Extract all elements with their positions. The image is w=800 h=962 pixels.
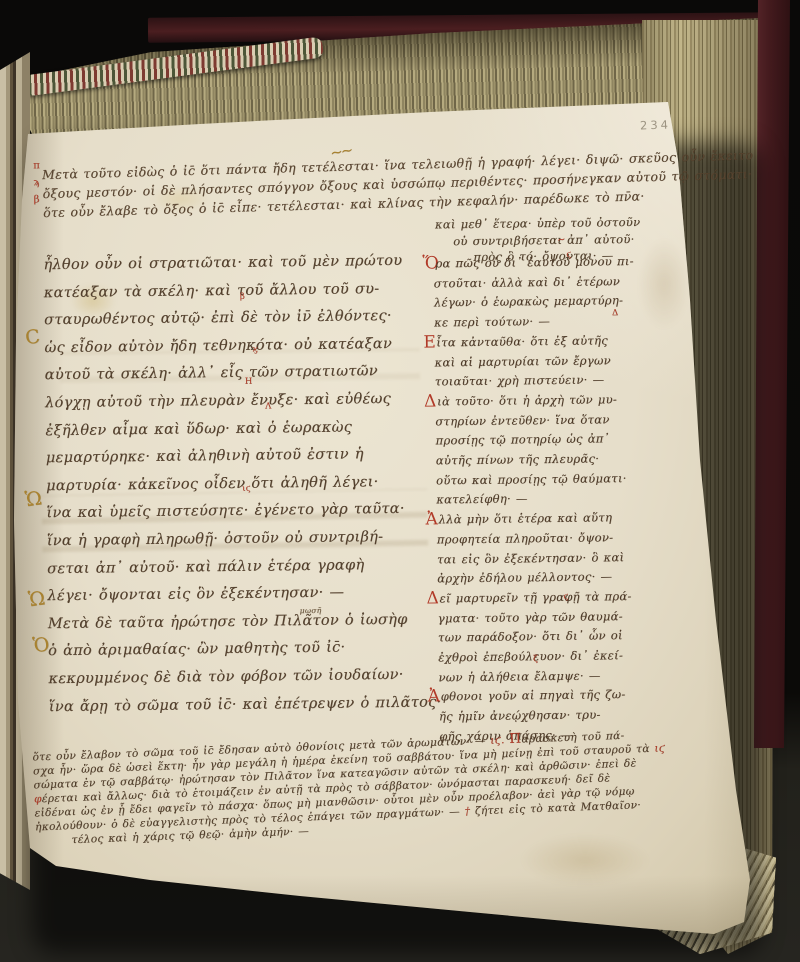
rubric-mark: ιϛ — [242, 484, 251, 494]
rubric-mark: ϗ — [252, 345, 258, 355]
commentary-column: Ὅ ρα πῶς οὐ δι᾽ ἑαυτοῦ μόνου πι- στοῦται… — [433, 252, 679, 747]
commentary-paragraph: Ε ἶτα κἀνταῦθα· ὅτι ἐξ αὐτῆς καὶ αἱ μαρτ… — [434, 330, 675, 392]
text-line: κεκρυμμένος δὲ διὰ τὸν φόβον τῶν ἰουδαίω… — [48, 661, 446, 693]
text-line: ἵνα καὶ ὑμεῖς πιστεύσητε· ἐγένετο γὰρ τα… — [46, 496, 444, 528]
rubric-mark: ϛ — [563, 592, 568, 602]
rubric-mark: Λ — [265, 401, 272, 411]
rubric-mark: Δ — [612, 308, 619, 318]
rubric-initial: Π — [509, 731, 522, 747]
commentary-paragraph: Ἀ λλὰ μὴν ὅτι ἑτέρα καὶ αὕτη προφητεία π… — [436, 508, 677, 590]
text-line: ὡς εἶδον αὐτὸν ἤδη τεθνηκότα· οὐ κατέαξα… — [44, 330, 442, 362]
chapter-numeral: ιϛ. — [490, 734, 509, 747]
text-line: ἵνα ἄρῃ τὸ σῶμα τοῦ ἰϲ̄· καὶ ἐπέτρεψεν ὁ… — [49, 689, 447, 721]
rubric-mark: β — [240, 292, 245, 302]
gold-margin-initial: Ὡ — [27, 587, 47, 611]
commentary-paragraph: Δ εῖ μαρτυρεῖν τῇ γραφῇ τὰ πρά- γματα· τ… — [437, 586, 678, 687]
gold-margin-initial: Ὁ — [32, 633, 51, 657]
rubric-initial: Ἀ — [428, 688, 441, 706]
manuscript-photograph: 234 Μετὰ τοῦτο εἰδὼς ὁ ἰϲ̄ ὅτι πάντα ἤδη… — [0, 0, 800, 962]
pen-flourish: ∼∼ — [329, 141, 353, 162]
gold-margin-initial: Ϲ — [24, 325, 42, 349]
rubric-initial: Ἀ — [425, 511, 438, 529]
interlinear-gloss: μωσῆ — [300, 606, 322, 615]
rubric-mark: ζ — [533, 654, 538, 664]
text-line: Μετὰ δὲ ταῦτα ἠρώτησε τὸν Πιλᾶτον ὁ ἰωσὴ… — [48, 606, 446, 638]
rubric-initial: Ε — [423, 333, 436, 351]
rubric-mark: Η — [245, 377, 253, 387]
gold-margin-initial: Ὡ — [24, 487, 44, 511]
text-layer: Μετὰ τοῦτο εἰδὼς ὁ ἰϲ̄ ὅτι πάντα ἤδη τετ… — [0, 0, 800, 962]
text-line: ἦλθον οὖν οἱ στρατιῶται· καὶ τοῦ μὲν πρώ… — [43, 247, 441, 279]
chapter-numeral: ιϛ — [654, 742, 665, 754]
rubric-initial: Δ — [426, 589, 439, 607]
cross-mark: † — [464, 805, 475, 817]
rubric-initial: Δ — [424, 392, 437, 410]
rubric-mark: ϛ — [566, 250, 571, 260]
commentary-paragraph: Ὅ ρα πῶς οὐ δι᾽ ἑαυτοῦ μόνου πι- στοῦται… — [433, 252, 674, 334]
rubric-initial: Ὅ — [422, 254, 435, 272]
margin-siglum: β — [34, 194, 40, 205]
margin-siglum: ϡ — [33, 177, 39, 188]
text-line: λόγχῃ αὐτοῦ τὴν πλευρὰν ἔνυξε· καὶ εὐθέω… — [45, 385, 443, 417]
margin-siglum: π — [33, 160, 40, 171]
gospel-text-top-block: Μετὰ τοῦτο εἰδὼς ὁ ἰϲ̄ ὅτι πάντα ἤδη τετ… — [42, 148, 667, 222]
lower-commentary-block: ὅτε οὖν ἔλαβον τὸ σῶμα τοῦ ἰϲ̄ ἔδησαν αὐ… — [32, 725, 697, 848]
commentary-paragraph: Δ ιὰ τοῦτο· ὅτι ἡ ἀρχὴ τῶν μυ- στηρίων ἐ… — [435, 389, 676, 510]
